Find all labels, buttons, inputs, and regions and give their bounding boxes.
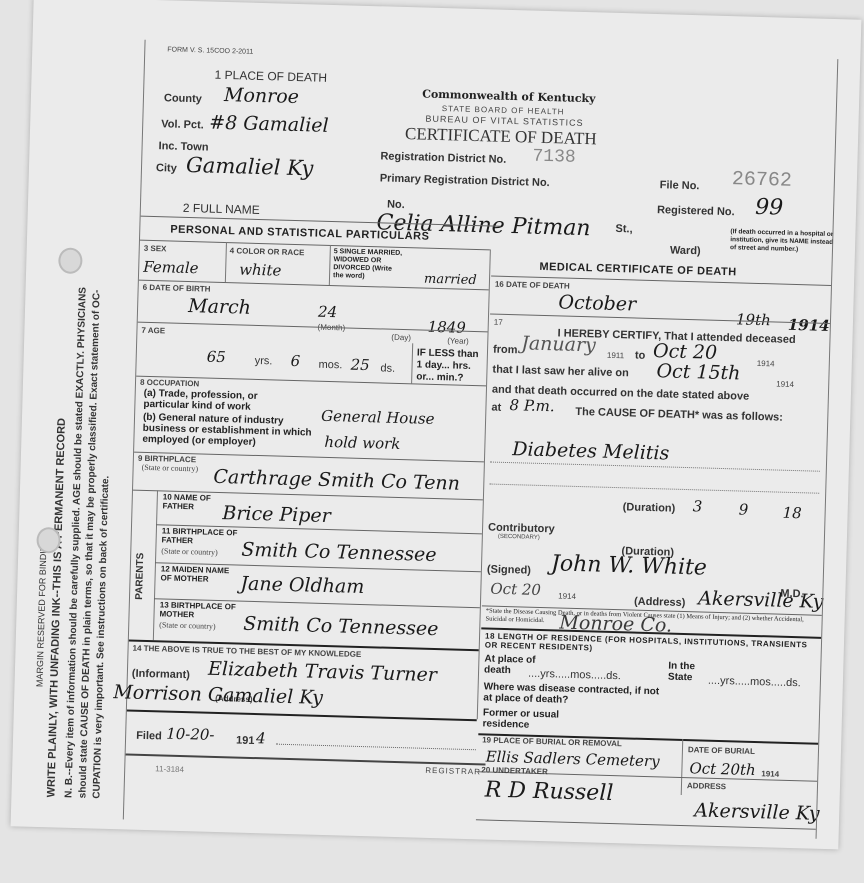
reg-district-label: Registration District No.	[380, 150, 506, 166]
duration-days: 18	[782, 504, 802, 523]
cause-value: Diabetes Melitis	[512, 438, 670, 464]
inc-town-label: Inc. Town	[158, 140, 208, 153]
punch-hole	[58, 247, 83, 274]
burial-date-year: 1914	[761, 769, 779, 778]
sex-value: Female	[143, 258, 199, 278]
mother-name-value: Jane Oldham	[240, 573, 364, 598]
signed-date: Oct 20	[490, 580, 541, 599]
to-label: to	[635, 350, 646, 362]
last-saw-year: 1914	[776, 379, 794, 388]
occupation-a-value: General House	[321, 407, 435, 428]
mother-birthplace-caption: (State or country)	[159, 620, 216, 631]
primary-reg-label: Primary Registration District No.	[380, 172, 550, 189]
occupation-a-label: (a) Trade, profession, or particular kin…	[143, 388, 264, 413]
informant-address-value: Morrison Gamaliel Ky	[113, 681, 323, 709]
ds-caption: ds.	[380, 362, 395, 374]
to-year: 1914	[757, 359, 775, 368]
no-label: No.	[387, 199, 405, 211]
father-birthplace-label: 11 BIRTHPLACE OF FATHER	[162, 526, 242, 546]
certificate-form: FORM V. S. 15COO 2-2011 1 PLACE OF DEATH…	[123, 40, 846, 839]
if-less-note: IF LESS than 1 day... hrs. or... min.?	[416, 347, 485, 385]
race-value: white	[239, 260, 282, 279]
county-value: Monroe	[224, 84, 299, 108]
father-birthplace-caption: (State or country)	[161, 546, 218, 557]
cause-label: The CAUSE OF DEATH* was as follows:	[575, 406, 783, 424]
dob-month: March	[188, 295, 251, 319]
full-name-label: 2 FULL NAME	[183, 201, 260, 217]
occupation-label: 8 OCCUPATION	[140, 378, 199, 389]
in-state-label: In the State	[668, 661, 709, 684]
footer-code: 11-3184	[155, 764, 184, 774]
age-months: 6	[290, 352, 300, 370]
mos-caption: mos.	[318, 359, 342, 372]
registrar-label: REGISTRAR	[425, 766, 481, 777]
duration-months: 9	[738, 500, 748, 518]
vol-pct-label: Vol. Pct.	[161, 118, 204, 131]
dod-month: October	[558, 291, 636, 315]
race-label: 4 COLOR OR RACE	[230, 246, 305, 257]
registered-no-value: 99	[755, 195, 784, 221]
burial-date-label: DATE OF BURIAL	[688, 745, 755, 756]
former-residence-label: Former or usual residence	[482, 707, 603, 732]
undertaker-value: R D Russell	[484, 778, 613, 807]
filed-date: 10-20-	[166, 725, 215, 744]
yrs-caption: yrs.	[254, 355, 272, 367]
mother-name-label: 12 MAIDEN NAME OF MOTHER	[160, 564, 240, 584]
duration-years: 3	[693, 497, 703, 515]
medical-heading: MEDICAL CERTIFICATE OF DEATH	[539, 261, 737, 279]
dod-label: 16 DATE OF DEATH	[495, 280, 570, 291]
filed-year-suffix: 4	[256, 729, 266, 747]
father-birthplace-value: Smith Co Tennessee	[241, 539, 437, 566]
last-saw-label: that I last saw her alive on	[492, 364, 629, 380]
signed-year: 1914	[558, 591, 576, 600]
last-saw-value: Oct 15th	[656, 360, 741, 384]
contracted-label: Where was disease contracted, if not at …	[483, 681, 664, 708]
filed-year-prefix: 191	[236, 735, 255, 748]
marital-value: married	[424, 272, 477, 288]
day-caption: (Day)	[391, 333, 411, 343]
county-label: County	[164, 92, 202, 105]
hospital-note: (If death occurred in a hospital or inst…	[730, 228, 841, 255]
certificate-title: CERTIFICATE OF DEATH	[405, 124, 597, 149]
dob-label: 6 DATE OF BIRTH	[143, 283, 211, 294]
dob-day: 24	[318, 303, 338, 322]
death-certificate: MARGIN RESERVED FOR BINDING WRITE PLAINL…	[11, 0, 862, 849]
year-caption: (Year)	[447, 336, 469, 346]
vol-pct-value: #8 Gamaliel	[209, 112, 329, 137]
duration-label: (Duration)	[623, 501, 676, 514]
signed-value: John W. White	[551, 551, 707, 580]
mother-birthplace-label: 13 BIRTHPLACE OF MOTHER	[159, 600, 239, 620]
file-no-value: 26762	[732, 168, 793, 193]
undertaker-address-label: ADDRESS	[687, 781, 726, 791]
dob-year: 1849	[427, 318, 466, 337]
age-label: 7 AGE	[141, 326, 165, 336]
signed-label: (Signed)	[487, 563, 531, 576]
registered-no-label: Registered No.	[657, 204, 735, 218]
undertaker-label: 20 UNDERTAKER	[481, 765, 548, 776]
at-label: at	[491, 402, 501, 414]
age-years: 65	[207, 348, 227, 367]
commonwealth-heading: Commonwealth of Kentucky	[422, 87, 596, 105]
undertaker-address-value: Akersville Ky	[694, 799, 820, 824]
from-label: from	[493, 344, 518, 357]
parents-side-label: PARENTS	[134, 553, 146, 600]
at-time: 8 P.m.	[509, 396, 555, 415]
secondary-caption: (SECONDARY)	[498, 534, 540, 541]
burial-date-value: Oct 20th	[689, 759, 756, 779]
marital-label: 5 SINGLE MARRIED, WIDOWED OR DIVORCED (W…	[333, 248, 404, 282]
dod-year: 1914	[788, 316, 830, 335]
from-year: 1911	[607, 351, 624, 360]
occupation-b-value: hold work	[324, 433, 400, 453]
informant-label: (Informant)	[132, 668, 190, 682]
st-label: St.,	[615, 223, 632, 235]
father-name-value: Brice Piper	[222, 502, 331, 527]
occupation-b-label: (b) General nature of industry business …	[142, 412, 313, 450]
birthplace-value: Carthrage Smith Co Tenn	[213, 466, 460, 495]
form-id: FORM V. S. 15COO 2-2011	[167, 46, 253, 55]
from-value: January	[521, 332, 596, 356]
binding-note: MARGIN RESERVED FOR BINDING	[34, 538, 48, 688]
certify-number: 17	[494, 318, 503, 327]
city-label: City	[156, 162, 177, 175]
mother-birthplace-value: Smith Co Tennessee	[243, 613, 439, 640]
city-value: Gamaliel Ky	[186, 153, 314, 181]
place-of-death-label: 1 PLACE OF DEATH	[214, 68, 327, 85]
age-days: 25	[350, 356, 370, 375]
reg-district-value: 7138	[532, 147, 576, 168]
medical-address-value: Akersville Ky	[698, 587, 824, 612]
file-no-label: File No.	[660, 179, 700, 192]
ward-label: Ward)	[670, 244, 701, 257]
informant-value: Elizabeth Travis Turner	[208, 658, 437, 686]
filed-label: Filed	[136, 730, 162, 743]
sex-label: 3 SEX	[144, 244, 167, 254]
medical-address-label: (Address)	[634, 596, 686, 609]
birthplace-caption: (State or country)	[142, 463, 199, 474]
